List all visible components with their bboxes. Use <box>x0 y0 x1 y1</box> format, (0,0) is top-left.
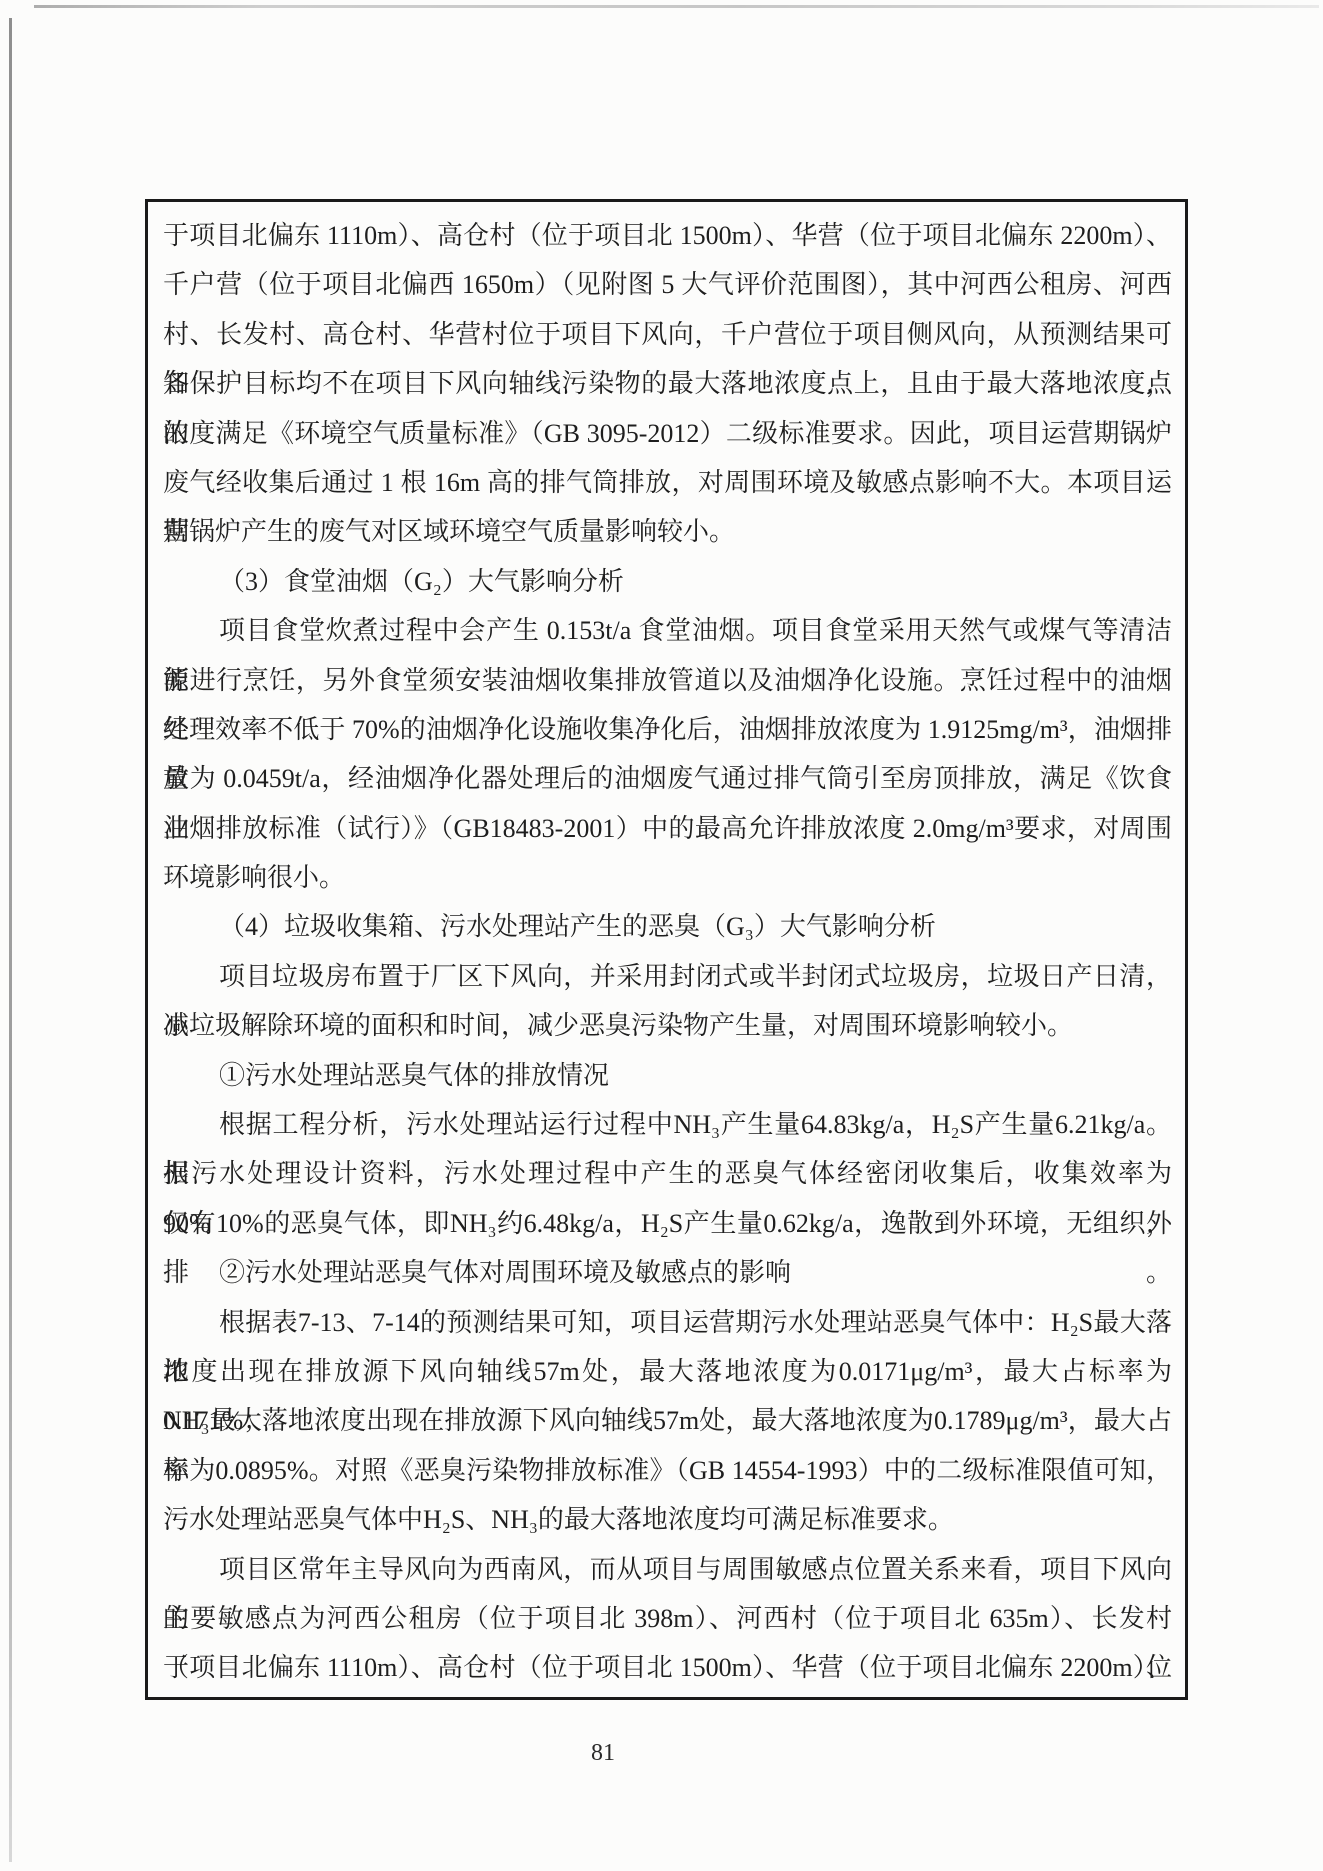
text-line: 废气经收集后通过 1 根 16m 高的排气筒排放，对周围环境及敏感点影响不大。本… <box>163 458 1172 507</box>
text-line: 浓度出现在排放源下风向轴线57m处，最大落地浓度为0.0171μg/m³，最大占… <box>163 1347 1172 1396</box>
text-line: 各保护目标均不在项目下风向轴线污染物的最大落地浓度点上，且由于最大落地浓度点的 <box>163 359 1172 408</box>
text-line: 主要敏感点为河西公租房（位于项目北 398m）、河西村（位于项目北 635m）、… <box>163 1594 1172 1643</box>
text-line: 项目区常年主导风向为西南风，而从项目与周围敏感点位置关系来看，项目下风向的 <box>163 1545 1172 1594</box>
text-line: 于项目北偏东 1110m）、高仓村（位于项目北 1500m）、华营（位于项目北偏… <box>163 211 1172 260</box>
document-text-box: 于项目北偏东 1110m）、高仓村（位于项目北 1500m）、华营（位于项目北偏… <box>145 199 1188 1700</box>
text-line: 量为 0.0459t/a，经油烟净化器处理后的油烟废气通过排气筒引至房顶排放，满… <box>163 754 1172 803</box>
scan-artifact-left-line <box>9 18 12 1862</box>
text-line: 根据工程分析，污水处理站运行过程中NH₃产生量64.83kg/a，H₂S产生量6… <box>163 1100 1172 1149</box>
text-line: 环境影响很小。 <box>163 853 1172 902</box>
text-line: NH₃最大落地浓度出现在排放源下风向轴线57m处，最大落地浓度为0.1789μg… <box>163 1396 1172 1445</box>
section-heading-g2: （3）食堂油烟（G₂）大气影响分析 <box>163 557 1172 606</box>
text-line: 仅有10%的恶臭气体，即NH₃约6.48kg/a，H₂S产生量0.62kg/a，… <box>163 1199 1172 1248</box>
text-line: 据污水处理设计资料，污水处理过程中产生的恶臭气体经密闭收集后，收集效率为90%， <box>163 1149 1172 1198</box>
page-number: 81 <box>583 1740 623 1767</box>
text-line: 于项目北偏东 1110m）、高仓村（位于项目北 1500m）、华营（位于项目北偏… <box>163 1643 1172 1692</box>
text-line: 根据表7-13、7-14的预测结果可知，项目运营期污水处理站恶臭气体中：H₂S最… <box>163 1298 1172 1347</box>
text-line: 率为0.0895%。对照《恶臭污染物排放标准》（GB 14554-1993）中的… <box>163 1446 1172 1495</box>
text-line: 源进行烹饪，另外食堂须安装油烟收集排放管道以及油烟净化设施。烹饪过程中的油烟经 <box>163 656 1172 705</box>
text-line: 污水处理站恶臭气体中H₂S、NH₃的最大落地浓度均可满足标准要求。 <box>163 1495 1172 1544</box>
text-line: 千户营（位于项目北偏西 1650m）（见附图 5 大气评价范围图），其中河西公租… <box>163 260 1172 309</box>
text-line: 油烟排放标准（试行）》（GB18483-2001）中的最高允许排放浓度 2.0m… <box>163 804 1172 853</box>
scan-artifact-top-line <box>34 5 1319 8</box>
subsection-heading-1: ①污水处理站恶臭气体的排放情况 <box>163 1051 1172 1100</box>
text-line: 项目食堂炊煮过程中会产生 0.153t/a 食堂油烟。项目食堂采用天然气或煤气等… <box>163 606 1172 655</box>
text-line: 处理效率不低于 70%的油烟净化设施收集净化后，油烟排放浓度为 1.9125mg… <box>163 705 1172 754</box>
text-line: 村、长发村、高仓村、华营村位于项目下风向，千户营位于项目侧风向，从预测结果可知， <box>163 310 1172 359</box>
text-line: 期锅炉产生的废气对区域环境空气质量影响较小。 <box>163 507 1172 556</box>
text-line: 小垃圾解除环境的面积和时间，减少恶臭污染物产生量，对周围环境影响较小。 <box>163 1001 1172 1050</box>
text-line: 浓度满足《环境空气质量标准》（GB 3095-2012）二级标准要求。因此，项目… <box>163 409 1172 458</box>
section-heading-g3: （4）垃圾收集箱、污水处理站产生的恶臭（G₃）大气影响分析 <box>163 902 1172 951</box>
text-line: 项目垃圾房布置于厂区下风向，并采用封闭式或半封闭式垃圾房，垃圾日产日清，减 <box>163 952 1172 1001</box>
